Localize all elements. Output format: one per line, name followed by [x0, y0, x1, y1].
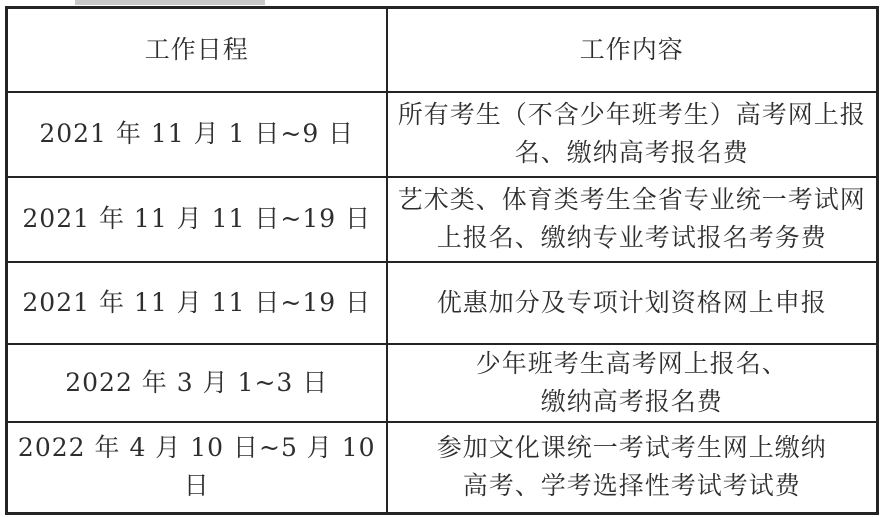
content-line: 所有考生（不含少年班考生）高考网上报: [394, 96, 871, 134]
top-edge-artifact: [75, 0, 265, 5]
table-row: 2021 年 11 月 1 日~9 日 所有考生（不含少年班考生）高考网上报 名…: [7, 92, 878, 177]
table-header-row: 工作日程 工作内容: [7, 8, 878, 92]
content-cell: 参加文化课统一考试考生网上缴纳 高考、学考选择性考试考试费: [387, 422, 878, 514]
document-page: 工作日程 工作内容 2021 年 11 月 1 日~9 日 所有考生（不含少年班…: [0, 0, 880, 517]
content-line: 名、缴纳高考报名费: [394, 134, 871, 172]
column-header-content: 工作内容: [387, 8, 878, 92]
content-cell: 所有考生（不含少年班考生）高考网上报 名、缴纳高考报名费: [387, 92, 878, 177]
date-cell: 2021 年 11 月 11 日~19 日: [7, 177, 387, 262]
content-line: 缴纳高考报名费: [394, 383, 871, 421]
content-cell: 艺术类、体育类考生全省专业统一考试网 上报名、缴纳专业考试报名考务费: [387, 177, 878, 262]
table-row: 2021 年 11 月 11 日~19 日 优惠加分及专项计划资格网上申报: [7, 262, 878, 344]
content-line: 少年班考生高考网上报名、: [394, 345, 871, 383]
content-line: 上报名、缴纳专业考试报名考务费: [394, 219, 871, 257]
table-row: 2022 年 4 月 10 日~5 月 10 日 参加文化课统一考试考生网上缴纳…: [7, 422, 878, 514]
content-line: 参加文化课统一考试考生网上缴纳: [394, 429, 871, 467]
date-cell: 2021 年 11 月 1 日~9 日: [7, 92, 387, 177]
date-cell: 2022 年 4 月 10 日~5 月 10 日: [7, 422, 387, 514]
column-header-schedule: 工作日程: [7, 8, 387, 92]
content-cell: 少年班考生高考网上报名、 缴纳高考报名费: [387, 344, 878, 422]
schedule-table: 工作日程 工作内容 2021 年 11 月 1 日~9 日 所有考生（不含少年班…: [5, 6, 879, 515]
table-row: 2021 年 11 月 11 日~19 日 艺术类、体育类考生全省专业统一考试网…: [7, 177, 878, 262]
date-cell: 2021 年 11 月 11 日~19 日: [7, 262, 387, 344]
content-line: 优惠加分及专项计划资格网上申报: [394, 284, 871, 322]
table-row: 2022 年 3 月 1~3 日 少年班考生高考网上报名、 缴纳高考报名费: [7, 344, 878, 422]
date-cell: 2022 年 3 月 1~3 日: [7, 344, 387, 422]
content-line: 高考、学考选择性考试考试费: [394, 467, 871, 505]
content-cell: 优惠加分及专项计划资格网上申报: [387, 262, 878, 344]
content-line: 艺术类、体育类考生全省专业统一考试网: [394, 181, 871, 219]
